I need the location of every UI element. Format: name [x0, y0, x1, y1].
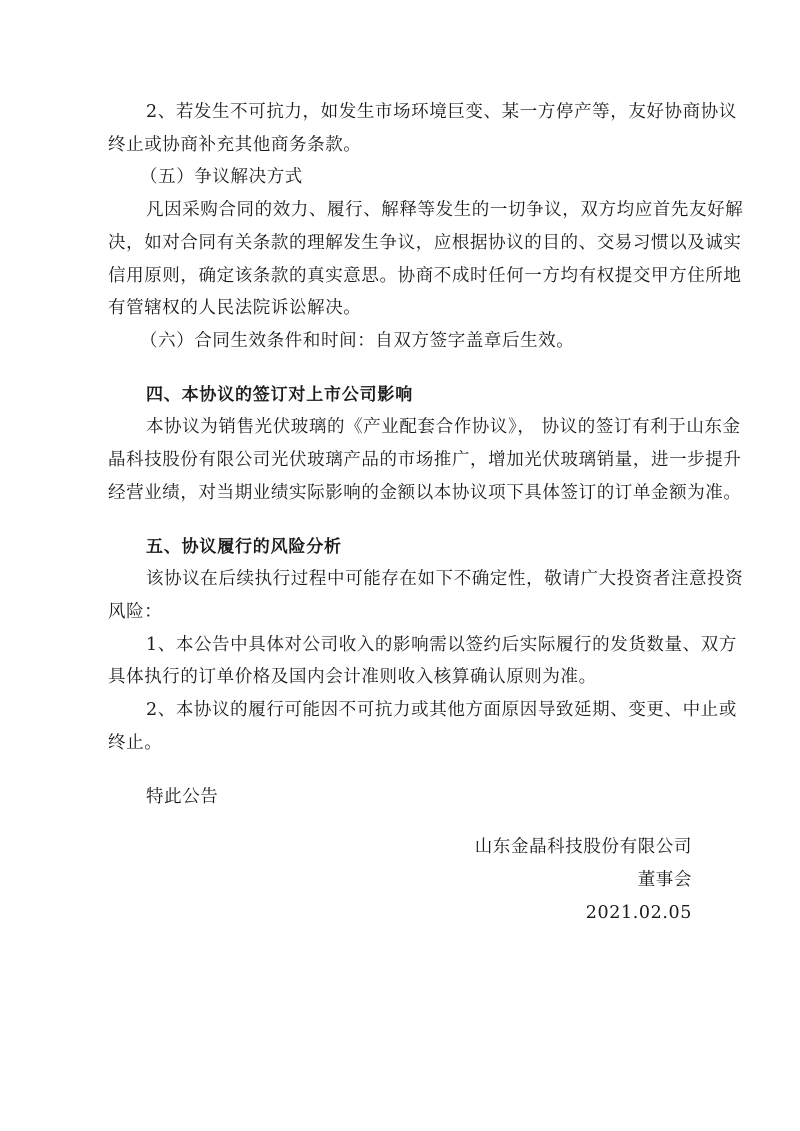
section-four-line-3: 经营业绩，对当期业绩实际影响的金额以本协议项下具体签订的订单金额为准。 — [108, 482, 742, 504]
dispute-text-line-2: 决，如对合同有关条款的理解发生争议，应根据协议的目的、交易习惯以及诚实 — [108, 232, 742, 254]
section-four-heading: 四、本协议的签订对上市公司影响 — [146, 384, 413, 406]
risk-item-1-line-2: 具体执行的订单价格及国内会计准则收入核算确认原则为准。 — [108, 666, 597, 688]
section-five-intro-line-1: 该协议在后续执行过程中可能存在如下不确定性，敬请广大投资者注意投资 — [146, 568, 743, 590]
section-five-heading: 五、协议履行的风险分析 — [146, 536, 342, 558]
dispute-text-line-1: 凡因采购合同的效力、履行、解释等发生的一切争议，双方均应首先友好解 — [146, 199, 743, 221]
closing-statement: 特此公告 — [146, 786, 218, 808]
risk-item-1-line-1: 1、本公告中具体对公司收入的影响需以签约后实际履行的发货数量、双方 — [146, 634, 737, 656]
section-four-line-1: 本协议为销售光伏玻璃的《产业配套合作协议》， 协议的签订有利于山东金 — [146, 416, 741, 438]
section-five-intro-line-2: 风险： — [108, 601, 162, 623]
signature-board: 董事会 — [638, 869, 692, 891]
dispute-section-title: （五）争议解决方式 — [140, 166, 303, 188]
signature-company: 山东金晶科技股份有限公司 — [475, 836, 692, 858]
section-four-line-2: 晶科技股份有限公司光伏玻璃产品的市场推广，增加光伏玻璃销量，进一步提升 — [108, 449, 742, 471]
document-page: 2、若发生不可抗力，如发生市场环境巨变、某一方停产等，友好协商协议 终止或协商补… — [0, 0, 800, 1131]
risk-item-2-line-2: 终止。 — [108, 732, 162, 754]
effective-conditions-text: （六）合同生效条件和时间：自双方签字盖章后生效。 — [140, 330, 574, 352]
signature-date: 2021.02.05 — [586, 902, 692, 924]
dispute-text-line-3: 信用原则，确定该条款的真实意思。协商不成时任何一方均有权提交甲方住所地 — [108, 265, 742, 287]
dispute-text-line-4: 有管辖权的人民法院诉讼解决。 — [108, 297, 361, 319]
force-majeure-clause-line-2: 终止或协商补充其他商务条款。 — [108, 134, 361, 156]
risk-item-2-line-1: 2、本协议的履行可能因不可抗力或其他方面原因导致延期、变更、中止或 — [146, 699, 737, 721]
force-majeure-clause-line-1: 2、若发生不可抗力，如发生市场环境巨变、某一方停产等，友好协商协议 — [146, 101, 737, 123]
